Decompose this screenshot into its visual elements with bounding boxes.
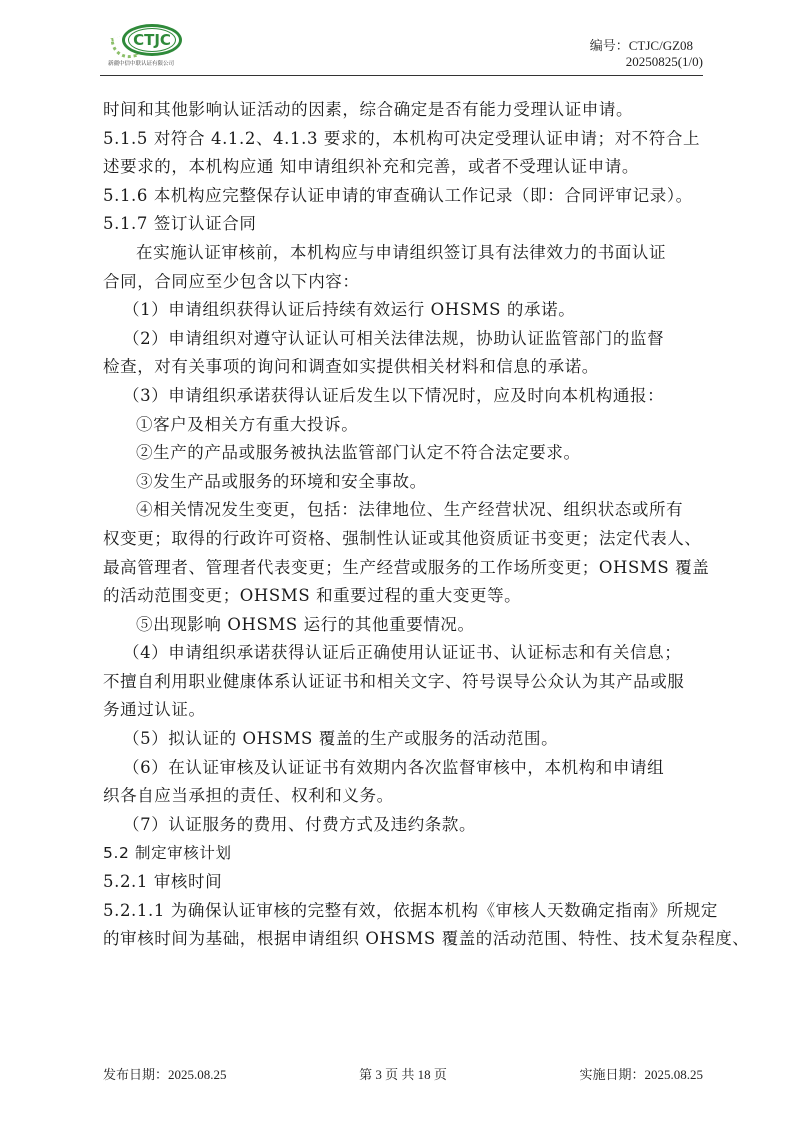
logo-emblem-text: CTJC [128,29,176,51]
text-line: （5）拟认证的 OHSMS 覆盖的生产或服务的活动范围。 [103,725,703,754]
text-line: 织各自应当承担的责任、权利和义务。 [103,782,703,811]
section-heading: 5.2 制定审核计划 [103,839,703,868]
text-line: ③发生产品或服务的环境和安全事故。 [103,468,703,497]
text-line: 合同，合同应至少包含以下内容： [103,268,703,297]
text-line: 在实施认证审核前，本机构应与申请组织签订具有法律效力的书面认证 [103,239,703,268]
text-line: （7）认证服务的费用、付费方式及违约条款。 [103,811,703,840]
document-code-row: 编号：CTJC/GZ08 [590,38,703,54]
text-line: 不擅自利用职业健康体系认证证书和相关文字、符号误导公众认为其产品或服 [103,668,703,697]
effective-date: 实施日期：2025.08.25 [579,1064,703,1083]
company-logo: CTJC 新疆中信中联认证有限公司 [108,22,188,70]
document-version: 20250825(1/0) [590,54,703,70]
header-divider [100,75,703,76]
text-line: ⑤出现影响 OHSMS 运行的其他重要情况。 [103,611,703,640]
logo-caption: 新疆中信中联认证有限公司 [108,59,198,67]
document-code-block: 编号：CTJC/GZ08 20250825(1/0) [590,38,703,70]
document-body: 时间和其他影响认证活动的因素，综合确定是否有能力受理认证申请。5.1.5 对符合… [103,96,703,954]
text-line: （3）申请组织承诺获得认证后发生以下情况时，应及时向本机构通报： [103,382,703,411]
text-line: （2）申请组织对遵守认证认可相关法律法规，协助认证监管部门的监督 [103,325,703,354]
page-header: CTJC 新疆中信中联认证有限公司 编号：CTJC/GZ08 20250825(… [100,22,703,76]
text-line: 5.1.6 本机构应完整保存认证申请的审查确认工作记录（即：合同评审记录）。 [103,182,703,211]
document-code-label: 编号： [590,38,629,53]
text-line: （4）申请组织承诺获得认证后正确使用认证证书、认证标志和有关信息； [103,639,703,668]
text-line: 5.1.5 对符合 4.1.2、4.1.3 要求的，本机构可决定受理认证申请；对… [103,125,703,154]
text-line: ①客户及相关方有重大投诉。 [103,411,703,440]
page-footer: 发布日期：2025.08.25 第 3 页 共 18 页 实施日期：2025.0… [103,1064,703,1082]
text-line: 述要求的，本机构应通 知申请组织补充和完善，或者不受理认证申请。 [103,153,703,182]
text-line: 务通过认证。 [103,696,703,725]
text-line: ②生产的产品或服务被执法监管部门认定不符合法定要求。 [103,439,703,468]
text-line: 5.1.7 签订认证合同 [103,210,703,239]
text-line: 5.2.1 审核时间 [103,868,703,897]
text-line: 权变更；取得的行政许可资格、强制性认证或其他资质证书变更；法定代表人、 [103,525,703,554]
text-line: 最高管理者、管理者代表变更；生产经营或服务的工作场所变更；OHSMS 覆盖 [103,554,703,583]
text-line: 5.2.1.1 为确保认证审核的完整有效，依据本机构《审核人天数确定指南》所规定 [103,897,703,926]
document-code: CTJC/GZ08 [629,38,693,53]
text-line: 时间和其他影响认证活动的因素，综合确定是否有能力受理认证申请。 [103,96,703,125]
text-line: （1）申请组织获得认证后持续有效运行 OHSMS 的承诺。 [103,296,703,325]
text-line: ④相关情况发生变更，包括：法律地位、生产经营状况、组织状态或所有 [103,496,703,525]
text-line: 检查，对有关事项的询问和调查如实提供相关材料和信息的承诺。 [103,353,703,382]
text-line: （6）在认证审核及认证证书有效期内各次监督审核中，本机构和申请组 [103,754,703,783]
text-line: 的审核时间为基础，根据申请组织 OHSMS 覆盖的活动范围、特性、技术复杂程度、 [103,925,703,954]
text-line: 的活动范围变更；OHSMS 和重要过程的重大变更等。 [103,582,703,611]
